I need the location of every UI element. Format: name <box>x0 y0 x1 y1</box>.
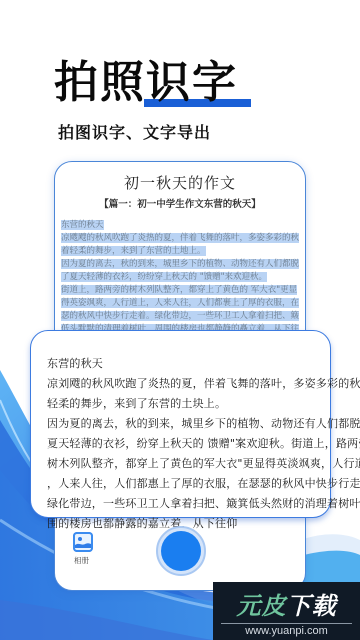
watermark-logo: 元皮下载 <box>213 586 360 621</box>
album-label: 相册 <box>74 555 89 566</box>
document-line: 因为夏的离去，秋的到来，城里乡下的植物、动物还有人们都脱去 <box>61 258 299 271</box>
ocr-result-line: ，人来人往，人们都惠上了厚的衣服，在瑟瑟的秋风中快步行走着。 <box>47 474 314 494</box>
album-button[interactable] <box>73 532 93 552</box>
ocr-result-line: 东营的秋天 <box>47 354 314 374</box>
ocr-result-line: 树木列队整齐，都穿上了黄色的军大衣"更显得英淡飒爽，人行道上 <box>47 454 314 474</box>
watermark-divider <box>221 623 352 624</box>
document-line: 得英姿飒爽，人行道上，人来人往，人们都裹上了厚的衣服，在瑟 <box>61 297 299 310</box>
page-title: 拍照识字 <box>54 58 238 108</box>
ocr-result-line: 轻柔的舞步，来到了东营的土块上。 <box>47 394 314 414</box>
document-title: 初一秋天的作文 <box>55 172 305 193</box>
shutter-icon[interactable] <box>161 531 201 571</box>
watermark: 元皮下载 www.yuanpi.com <box>213 582 360 640</box>
watermark-url: www.yuanpi.com <box>213 625 360 637</box>
document-line: 了夏天轻薄的衣衫，纷纷穿上秋天的 "馈赠"来欢迎秋。 <box>61 271 299 284</box>
ocr-result-card: 东营的秋天 凉刘飕的秋风吹跑了炎热的夏，伴着飞舞的落叶，多姿多彩的秋迈着 轻柔的… <box>30 330 331 518</box>
page-subtitle: 拍图识字、文字导出 <box>58 120 211 143</box>
ocr-result-line: 因为夏的离去，秋的到来，城里乡下的植物、动物还有人们都脱去了 <box>47 414 314 434</box>
image-icon <box>73 532 93 552</box>
document-line: 瑟的秋风中快步行走着。绿化带边，一些环卫工人拿着扫把、簸箕， <box>61 310 299 323</box>
ocr-result-line: 凉刘飕的秋风吹跑了炎热的夏，伴着飞舞的落叶，多姿多彩的秋迈着 <box>47 374 314 394</box>
document-subtitle: 【篇一：初一中学生作文东营的秋天】 <box>55 196 305 210</box>
ocr-result-line: 绿化带边，一些环卫工人拿着扫把、簸箕低头然财的消理着树叶，周 <box>47 494 314 514</box>
document-line: 街道上，路两旁的树木列队整齐，都穿上了黄色的 军大衣"更显 <box>61 284 299 297</box>
document-line: 东营的秋天 <box>61 219 299 232</box>
ocr-result-line: 夏天轻薄的衣衫，纷穿上秋天的 馈赠"案欢迎秋。街道上，路两旁的 <box>47 434 314 454</box>
document-line: 着轻柔的舞步，来到了东营的土地上。 <box>61 245 299 258</box>
document-line: 凉飕飕的秋风吹跑了炎热的夏，伴着飞舞的落叶，多姿多彩的秋迈 <box>61 232 299 245</box>
